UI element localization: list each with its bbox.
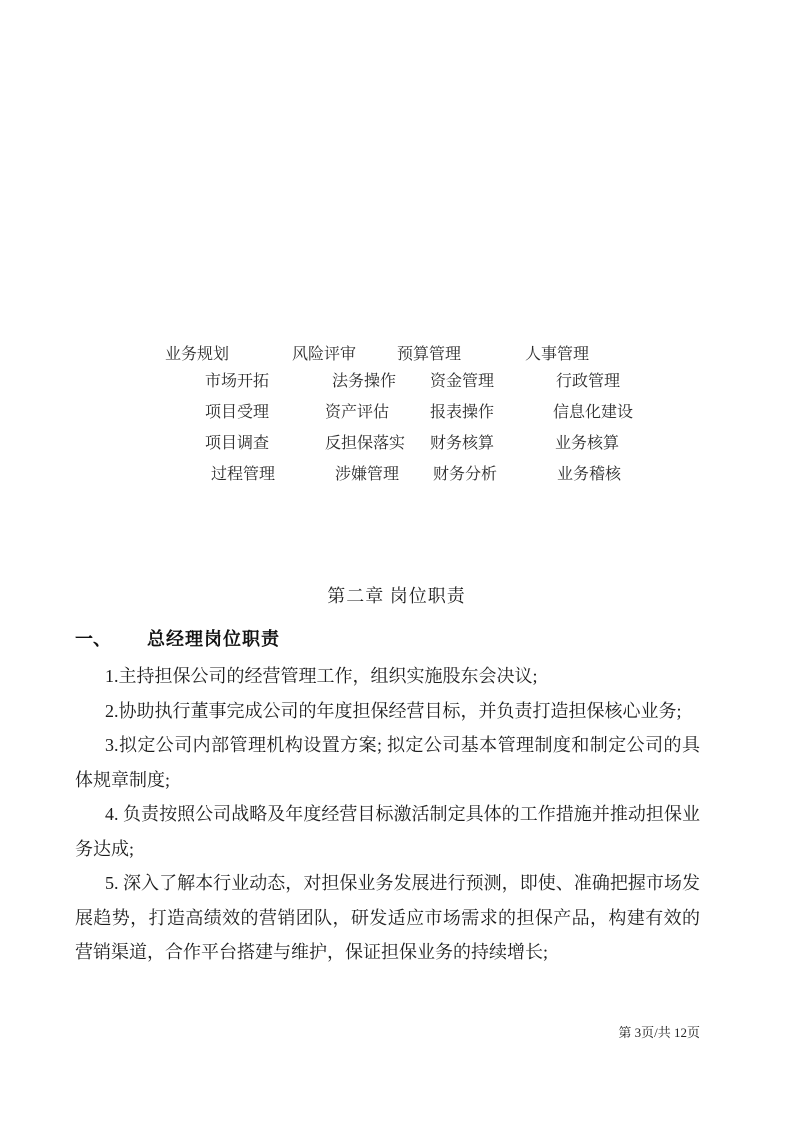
org-item: 市场开拓 bbox=[205, 373, 269, 391]
paragraph-1: 1.主持担保公司的经营管理工作，组织实施股东会决议; bbox=[75, 659, 700, 694]
org-column-header: 风险评审 bbox=[292, 346, 356, 364]
org-item: 业务稽核 bbox=[557, 466, 621, 484]
org-item: 涉嫌管理 bbox=[335, 466, 399, 484]
paragraph-3: 3.拟定公司内部管理机构设置方案; 拟定公司基本管理制度和制定公司的具体规章制度… bbox=[75, 728, 700, 797]
org-item: 信息化建设 bbox=[553, 404, 633, 422]
org-item: 财务核算 bbox=[430, 435, 494, 453]
org-item: 资金管理 bbox=[430, 373, 494, 391]
section-heading: 一、总经理岗位职责 bbox=[75, 625, 280, 651]
document-page: 业务规划 市场开拓 项目受理 项目调查 过程管理 风险评审 法务操作 资产评估 … bbox=[0, 0, 793, 1122]
paragraph-2: 2.协助执行董事完成公司的年度担保经营目标，并负责打造担保核心业务; bbox=[75, 694, 700, 729]
org-item: 项目调查 bbox=[205, 435, 269, 453]
org-item: 资产评估 bbox=[325, 404, 389, 422]
section-title: 总经理岗位职责 bbox=[147, 629, 280, 649]
org-item: 项目受理 bbox=[205, 404, 269, 422]
org-column-header: 业务规划 bbox=[165, 346, 229, 364]
org-item: 行政管理 bbox=[556, 373, 620, 391]
paragraph-4: 4. 负责按照公司战略及年度经营目标激活制定具体的工作措施并推动担保业务达成; bbox=[75, 797, 700, 866]
org-item: 财务分析 bbox=[433, 466, 497, 484]
org-column-header: 人事管理 bbox=[525, 346, 589, 364]
chapter-title: 第二章 岗位职责 bbox=[75, 582, 718, 608]
org-column-header: 预算管理 bbox=[397, 346, 461, 364]
org-item: 反担保落实 bbox=[325, 435, 405, 453]
document-body: 1.主持担保公司的经营管理工作，组织实施股东会决议; 2.协助执行董事完成公司的… bbox=[75, 659, 700, 970]
org-item: 过程管理 bbox=[211, 466, 275, 484]
org-item: 业务核算 bbox=[555, 435, 619, 453]
paragraph-5: 5. 深入了解本行业动态，对担保业务发展进行预测，即使、准确把握市场发展趋势，打… bbox=[75, 866, 700, 970]
section-number: 一、 bbox=[75, 629, 111, 649]
org-item: 法务操作 bbox=[332, 373, 396, 391]
page-number-footer: 第 3页/共 12页 bbox=[618, 1022, 700, 1041]
org-item: 报表操作 bbox=[430, 404, 494, 422]
